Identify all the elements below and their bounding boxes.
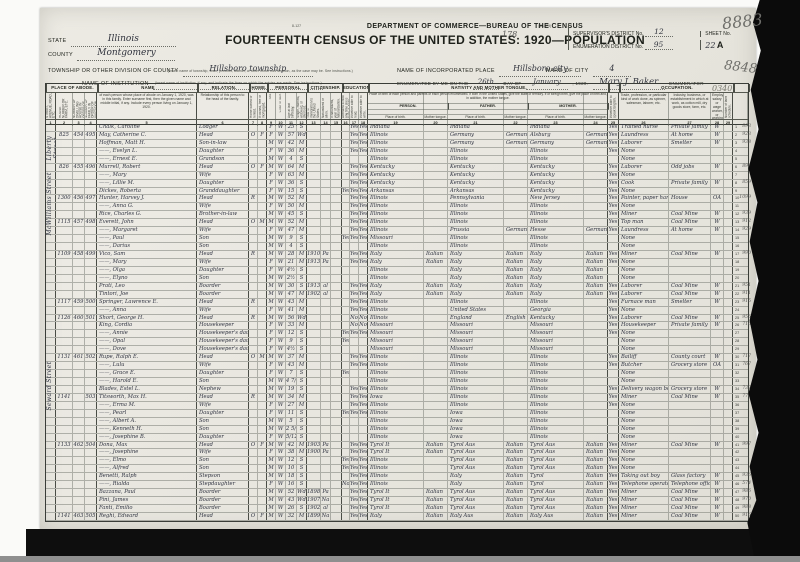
cell-fmt — [504, 307, 528, 314]
cell-rel: Head — [197, 195, 249, 202]
cell-race: W — [276, 267, 286, 274]
cell-age: 25 — [286, 124, 297, 131]
cell-occ: None — [619, 346, 669, 353]
cell-fpob: Missouri — [448, 338, 504, 345]
cell-eng — [608, 418, 619, 425]
cell-farm — [724, 307, 733, 314]
cell-fmt — [504, 235, 528, 242]
cell-dw — [73, 410, 85, 417]
cell-name: ——, Josephine — [97, 449, 197, 456]
cell-sch: Yes — [342, 370, 350, 377]
cell-mar: M — [297, 203, 307, 210]
cell-pob: Illinois — [368, 410, 424, 417]
cell-farm — [724, 378, 733, 385]
cell-farm — [724, 497, 733, 504]
cell-nat — [321, 315, 331, 322]
cell-imm — [307, 418, 321, 425]
cell-fam — [85, 330, 97, 337]
cell-num: 24 — [733, 307, 748, 314]
cell-cls — [711, 370, 724, 377]
cell-ind: House — [669, 195, 711, 202]
cell-imm — [307, 354, 321, 361]
cell-rel: Housekeeper's daughter — [197, 330, 249, 337]
cell-dw — [73, 362, 85, 369]
cell-name: Blades, Estel L. — [97, 386, 197, 393]
cell-pob: Illinois — [368, 315, 424, 322]
cell-mort — [258, 497, 267, 504]
cell-rel: Head — [197, 354, 249, 361]
cell-fmt — [504, 378, 528, 385]
cell-house — [56, 338, 73, 345]
group-personal: PERSONAL DESCRIPTION. — [267, 84, 309, 92]
cell-cls — [711, 243, 724, 250]
table-row: ——, AnnieHousekeeper's daughterFW12SYesY… — [46, 330, 748, 338]
cell-occ: None — [619, 188, 669, 195]
cell-street — [46, 418, 56, 425]
cell-cls: W — [711, 322, 724, 329]
cell-imm — [307, 346, 321, 353]
cell-farm — [724, 346, 733, 353]
cell-eng: Yes — [608, 140, 619, 147]
cell-dw — [73, 402, 85, 409]
cell-farm — [724, 180, 733, 187]
header-col-mar: Single, married, widowed, or divorced. — [297, 93, 307, 119]
cell-occ: Cook — [619, 180, 669, 187]
pencil-row-note: 911 — [742, 290, 751, 298]
cell-mpob: Illinois — [528, 299, 584, 306]
cell-ind — [669, 457, 711, 464]
cell-dw: 456 — [73, 195, 85, 202]
cell-rd: Yes — [350, 457, 359, 464]
cell-mpob: Italy — [528, 291, 584, 298]
cell-fmt — [504, 156, 528, 163]
header-col-house: HOUSE NUMBER OR FARM, ETC. — [56, 93, 73, 119]
vertical-label-dw: NUMBER OF DWELLING HOUSE IN ORDER OF VIS… — [73, 93, 85, 118]
cell-rel: Son — [197, 465, 249, 472]
cell-occ: None — [619, 148, 669, 155]
cell-imm — [307, 410, 321, 417]
cell-home — [249, 211, 258, 218]
cell-street — [46, 505, 56, 512]
cell-pmt — [424, 402, 448, 409]
cell-race: W — [276, 172, 286, 179]
vertical-label-nat: Naturalized or alien. — [322, 93, 329, 118]
cell-occ: None — [619, 172, 669, 179]
cell-num: 14929 — [733, 227, 748, 234]
header-detail-row: STREET, AVENUE, ROAD, ETC.HOUSE NUMBER O… — [46, 93, 748, 119]
cell-sex: F — [267, 188, 276, 195]
cell-imm — [307, 465, 321, 472]
cell-rel: Son — [197, 243, 249, 250]
cell-mar: S — [297, 378, 307, 385]
cell-sch: No — [342, 481, 350, 488]
cell-sex: M — [267, 156, 276, 163]
cell-rd: Yes — [350, 489, 359, 496]
cell-ind: Coal Mine — [669, 505, 711, 512]
cell-ind: Smelter — [669, 299, 711, 306]
cell-fam: 497 — [85, 195, 97, 202]
cell-eng: Yes — [608, 307, 619, 314]
cell-wr — [359, 426, 368, 433]
cell-home — [249, 473, 258, 480]
cell-fpob: Illinois — [448, 148, 504, 155]
cell-pob: Illinois — [368, 457, 424, 464]
cell-fam — [85, 338, 97, 345]
cell-num: 42 — [733, 449, 748, 456]
cell-imm — [307, 394, 321, 401]
cell-natyr — [331, 140, 342, 147]
cell-age: 64 — [286, 164, 297, 171]
cell-sex: M — [267, 378, 276, 385]
cell-num: 41997 — [733, 442, 748, 449]
cell-house — [56, 330, 73, 337]
cell-mmt — [584, 378, 608, 385]
cell-home — [249, 291, 258, 298]
cell-farm — [724, 362, 733, 369]
cell-imm: 1899 — [307, 513, 321, 520]
cell-occ: None — [619, 235, 669, 242]
cell-mpob: Illinois — [528, 243, 584, 250]
cell-mpob: Illinois — [528, 378, 584, 385]
cell-cls: OA — [711, 195, 724, 202]
cell-cls — [711, 465, 724, 472]
cell-cls: W — [711, 299, 724, 306]
cell-pmt — [424, 330, 448, 337]
cell-fmt — [504, 354, 528, 361]
cell-age: 7 — [286, 370, 297, 377]
pencil-row-note: 929 — [742, 226, 751, 234]
cell-wr: Yes — [359, 362, 368, 369]
cell-sch — [342, 307, 350, 314]
cell-rd — [350, 378, 359, 385]
header-col-eng: Whether able to speak English. — [608, 93, 619, 119]
cell-street — [46, 330, 56, 337]
cell-eng — [608, 410, 619, 417]
cell-nat — [321, 156, 331, 163]
cell-natyr — [331, 203, 342, 210]
cell-house — [56, 124, 73, 131]
cell-rd: Yes — [350, 132, 359, 139]
cell-mort — [258, 322, 267, 329]
cell-mmt: Italian — [584, 481, 608, 488]
cell-imm — [307, 473, 321, 480]
cell-occ: Laborer — [619, 164, 669, 171]
pencil-row-note: 936 — [742, 472, 751, 480]
cell-sex: M — [267, 243, 276, 250]
header-col-nat: Naturalized or alien. — [321, 93, 331, 119]
cell-wr — [359, 418, 368, 425]
cell-ind: Coal Mine — [669, 219, 711, 226]
occupation-caption: Trade, profession, or particular kind of… — [619, 93, 668, 107]
cell-mmt: Italian — [584, 267, 608, 274]
cell-eng: Yes — [608, 505, 619, 512]
cell-rel: Head — [197, 219, 249, 226]
cell-natyr — [331, 410, 342, 417]
cell-fmt — [504, 148, 528, 155]
cell-sch — [342, 275, 350, 282]
cell-ind — [669, 370, 711, 377]
table-row: ——, PaulSonMW9SYesYesYesMissouriIllinois… — [46, 235, 748, 243]
cell-home — [249, 426, 258, 433]
cell-mmt — [584, 426, 608, 433]
cell-farm — [724, 195, 733, 202]
cell-rd — [350, 243, 359, 250]
cell-pmt — [424, 338, 448, 345]
cell-home: R — [249, 394, 258, 401]
cell-rd: Yes — [350, 473, 359, 480]
cell-race: W — [276, 442, 286, 449]
cell-age: 5/12 — [286, 434, 297, 441]
cell-dw — [73, 394, 85, 401]
cell-home — [249, 434, 258, 441]
cell-fpob: Prussia — [448, 227, 504, 234]
table-row: ——, Albert A.SonMW5SIllinoisIowaIllinois… — [46, 418, 748, 426]
cell-eng: Yes — [608, 299, 619, 306]
cell-dw — [73, 243, 85, 250]
cell-mpob: Missouri — [528, 346, 584, 353]
cell-cls — [711, 426, 724, 433]
cell-nat — [321, 330, 331, 337]
cell-wr — [359, 275, 368, 282]
cell-rel: Boarder — [197, 489, 249, 496]
header-col-imm: Year of immigration to the United States… — [307, 93, 321, 119]
cell-occ: Laborer — [619, 291, 669, 298]
cell-occ: None — [619, 457, 669, 464]
cell-sex: F — [267, 402, 276, 409]
cell-wr: Yes — [359, 513, 368, 520]
vertical-label-rd: Whether able to read. — [351, 93, 358, 118]
cell-pob: Illinois — [368, 203, 424, 210]
cell-mmt — [584, 394, 608, 401]
vertical-label-imm: Year of immigration to the United States… — [307, 93, 320, 118]
table-row: Pini, JamesBoarderMW43Wd1907NaYesYesTyro… — [46, 497, 748, 505]
cell-num: 36 — [733, 402, 748, 409]
cell-num: 5 — [733, 156, 748, 163]
cell-imm: 1913 — [307, 283, 321, 290]
cell-name: ——, Harold E. — [97, 378, 197, 385]
cell-dw — [73, 180, 85, 187]
cell-wr: Yes — [359, 457, 368, 464]
pencil-row-note: 859 — [742, 179, 751, 187]
cell-mpob: Germany — [528, 140, 584, 147]
cell-name: King, Cordia — [97, 322, 197, 329]
cell-mpob: Kentucky — [528, 164, 584, 171]
cell-fam — [85, 235, 97, 242]
cell-name: ——, Margaret — [97, 227, 197, 234]
cell-age: 26 — [286, 505, 297, 512]
cell-house — [56, 275, 73, 282]
cell-fmt: Italian — [504, 442, 528, 449]
cell-fmt — [504, 172, 528, 179]
cell-eng — [608, 156, 619, 163]
cell-home: R — [249, 251, 258, 258]
cell-cls: W — [711, 124, 724, 131]
cell-street — [46, 513, 56, 520]
cell-pmt — [424, 394, 448, 401]
cell-sch — [342, 140, 350, 147]
cell-age: 43 — [286, 299, 297, 306]
cell-pob: Illinois — [368, 299, 424, 306]
cell-sch — [342, 203, 350, 210]
cell-mort — [258, 346, 267, 353]
cell-dw — [73, 322, 85, 329]
cell-age: 42 — [286, 442, 297, 449]
cell-nat — [321, 338, 331, 345]
cell-imm — [307, 243, 321, 250]
cell-natyr — [331, 132, 342, 139]
cell-mar: Wd — [297, 489, 307, 496]
cell-fmt: Italian — [504, 291, 528, 298]
cell-race: W — [276, 299, 286, 306]
cell-fpob: Kentucky — [448, 180, 504, 187]
cell-num: 30717 — [733, 354, 748, 361]
cell-fpob: Missouri — [448, 330, 504, 337]
cell-age: 4 — [286, 156, 297, 163]
cell-sch: Yes — [342, 457, 350, 464]
cell-farm — [724, 275, 733, 282]
cell-fpob: Illinois — [448, 243, 504, 250]
cell-mmt: Italian — [584, 291, 608, 298]
table-row: ——, Harold E.SonMW4 7/12SIllinoisIllinoi… — [46, 378, 748, 386]
cell-pob: Missouri — [368, 330, 424, 337]
cell-rd: Yes — [350, 211, 359, 218]
cell-dw — [73, 330, 85, 337]
cell-street — [46, 338, 56, 345]
cell-nat — [321, 227, 331, 234]
cell-fpob: Illinois — [448, 394, 504, 401]
table-row: Hoffman, Matt H.Son-in-lawMW42MYesYesIll… — [46, 140, 748, 148]
cell-mar: S — [297, 283, 307, 290]
cell-dw — [73, 370, 85, 377]
cell-natyr — [331, 489, 342, 496]
cell-age: 2½ — [286, 275, 297, 282]
cell-sch — [342, 505, 350, 512]
cell-mar: S — [297, 457, 307, 464]
cell-farm — [724, 315, 733, 322]
pencil-row-note: 915 — [742, 298, 751, 306]
cell-dw — [73, 124, 85, 131]
group-nativity: NATIVITY AND MOTHER TONGUE. — [368, 84, 610, 92]
cell-pmt — [424, 267, 448, 274]
cell-race: W — [276, 132, 286, 139]
cell-home — [249, 402, 258, 409]
cell-eng: Yes — [608, 481, 619, 488]
cell-occ: Miner — [619, 513, 669, 520]
cell-rel: Head — [197, 251, 249, 258]
cell-mar: S — [297, 124, 307, 131]
table-row: ——, ElmoSonMW12SYesYesYesIllinoisTyrol A… — [46, 457, 748, 465]
cell-sch — [342, 195, 350, 202]
cell-num: 43 — [733, 457, 748, 464]
cell-rd: Yes — [350, 449, 359, 456]
cell-pmt: Italian — [424, 442, 448, 449]
cell-street — [46, 243, 56, 250]
cell-home — [249, 418, 258, 425]
cell-num: 47986 — [733, 489, 748, 496]
cell-rd: Yes — [350, 307, 359, 314]
cell-sch — [342, 132, 350, 139]
sheet-value: 22 — [705, 41, 715, 50]
cell-mort — [258, 148, 267, 155]
group-home: HOME. — [249, 84, 269, 92]
cell-mpob: Illinois — [528, 394, 584, 401]
cell-imm — [307, 315, 321, 322]
cell-wr: Yes — [359, 330, 368, 337]
cell-occ: None — [619, 426, 669, 433]
cell-cls — [711, 378, 724, 385]
cell-mort — [258, 275, 267, 282]
cell-occ: None — [619, 203, 669, 210]
cell-pob: Illinois — [368, 243, 424, 250]
cell-dw — [73, 148, 85, 155]
cell-mar: M — [297, 513, 307, 520]
cell-house: 1141 — [56, 394, 73, 401]
cell-race: W — [276, 203, 286, 210]
vertical-label-farm: Number of farm schedule. — [725, 93, 732, 118]
cell-pmt — [424, 180, 448, 187]
cell-wr: Yes — [359, 394, 368, 401]
cell-pmt — [424, 203, 448, 210]
cell-occ: Butcher — [619, 362, 669, 369]
cell-num: 101099 — [733, 195, 748, 202]
cell-dw — [73, 283, 85, 290]
cell-mort: M — [258, 354, 267, 361]
cell-fam — [85, 378, 97, 385]
cell-race: W — [276, 410, 286, 417]
group-linenum — [733, 84, 750, 92]
cell-pob: Missouri — [368, 346, 424, 353]
cell-cls: W — [711, 180, 724, 187]
industry-caption: Industry, business, or establishment in … — [669, 93, 710, 111]
cell-cls — [711, 338, 724, 345]
cell-sex: M — [267, 497, 276, 504]
cell-ind — [669, 402, 711, 409]
cell-fpob: Italy — [448, 267, 504, 274]
cell-imm — [307, 235, 321, 242]
cell-wr: Yes — [359, 132, 368, 139]
cell-house — [56, 235, 73, 242]
cell-natyr — [331, 180, 342, 187]
cell-age: 21 — [286, 259, 297, 266]
cell-house — [56, 449, 73, 456]
cell-ind — [669, 418, 711, 425]
cell-mpob: Illinois — [528, 211, 584, 218]
cell-rd: Yes — [350, 299, 359, 306]
cell-fpob: Illinois — [448, 235, 504, 242]
cell-mmt — [584, 370, 608, 377]
cell-nat: Na — [321, 513, 331, 520]
cell-num: 27 — [733, 330, 748, 337]
cell-fpob: Illinois — [448, 378, 504, 385]
cell-mmt — [584, 338, 608, 345]
cell-mar: S — [297, 481, 307, 488]
pencil-row-note: 955 — [742, 314, 751, 322]
pencil-row-note: 938 — [742, 139, 751, 147]
cell-name: ——, Opal — [97, 338, 197, 345]
cell-pob: Illinois — [368, 362, 424, 369]
cell-farm — [724, 338, 733, 345]
cell-name: Springer, Lawrence E. — [97, 299, 197, 306]
cell-mpob: Illinois — [528, 235, 584, 242]
cell-occ: None — [619, 370, 669, 377]
cell-name: Hunter, Harvey J. — [97, 195, 197, 202]
cell-fam: 503 — [85, 394, 97, 401]
cell-mpob: Tyrol Aus — [528, 442, 584, 449]
cell-dw — [73, 227, 85, 234]
cell-mort — [258, 227, 267, 234]
table-row: 1131461502Rupe, Ralph E.HeadOMMW37MYesYe… — [46, 354, 748, 362]
cell-sch — [342, 227, 350, 234]
